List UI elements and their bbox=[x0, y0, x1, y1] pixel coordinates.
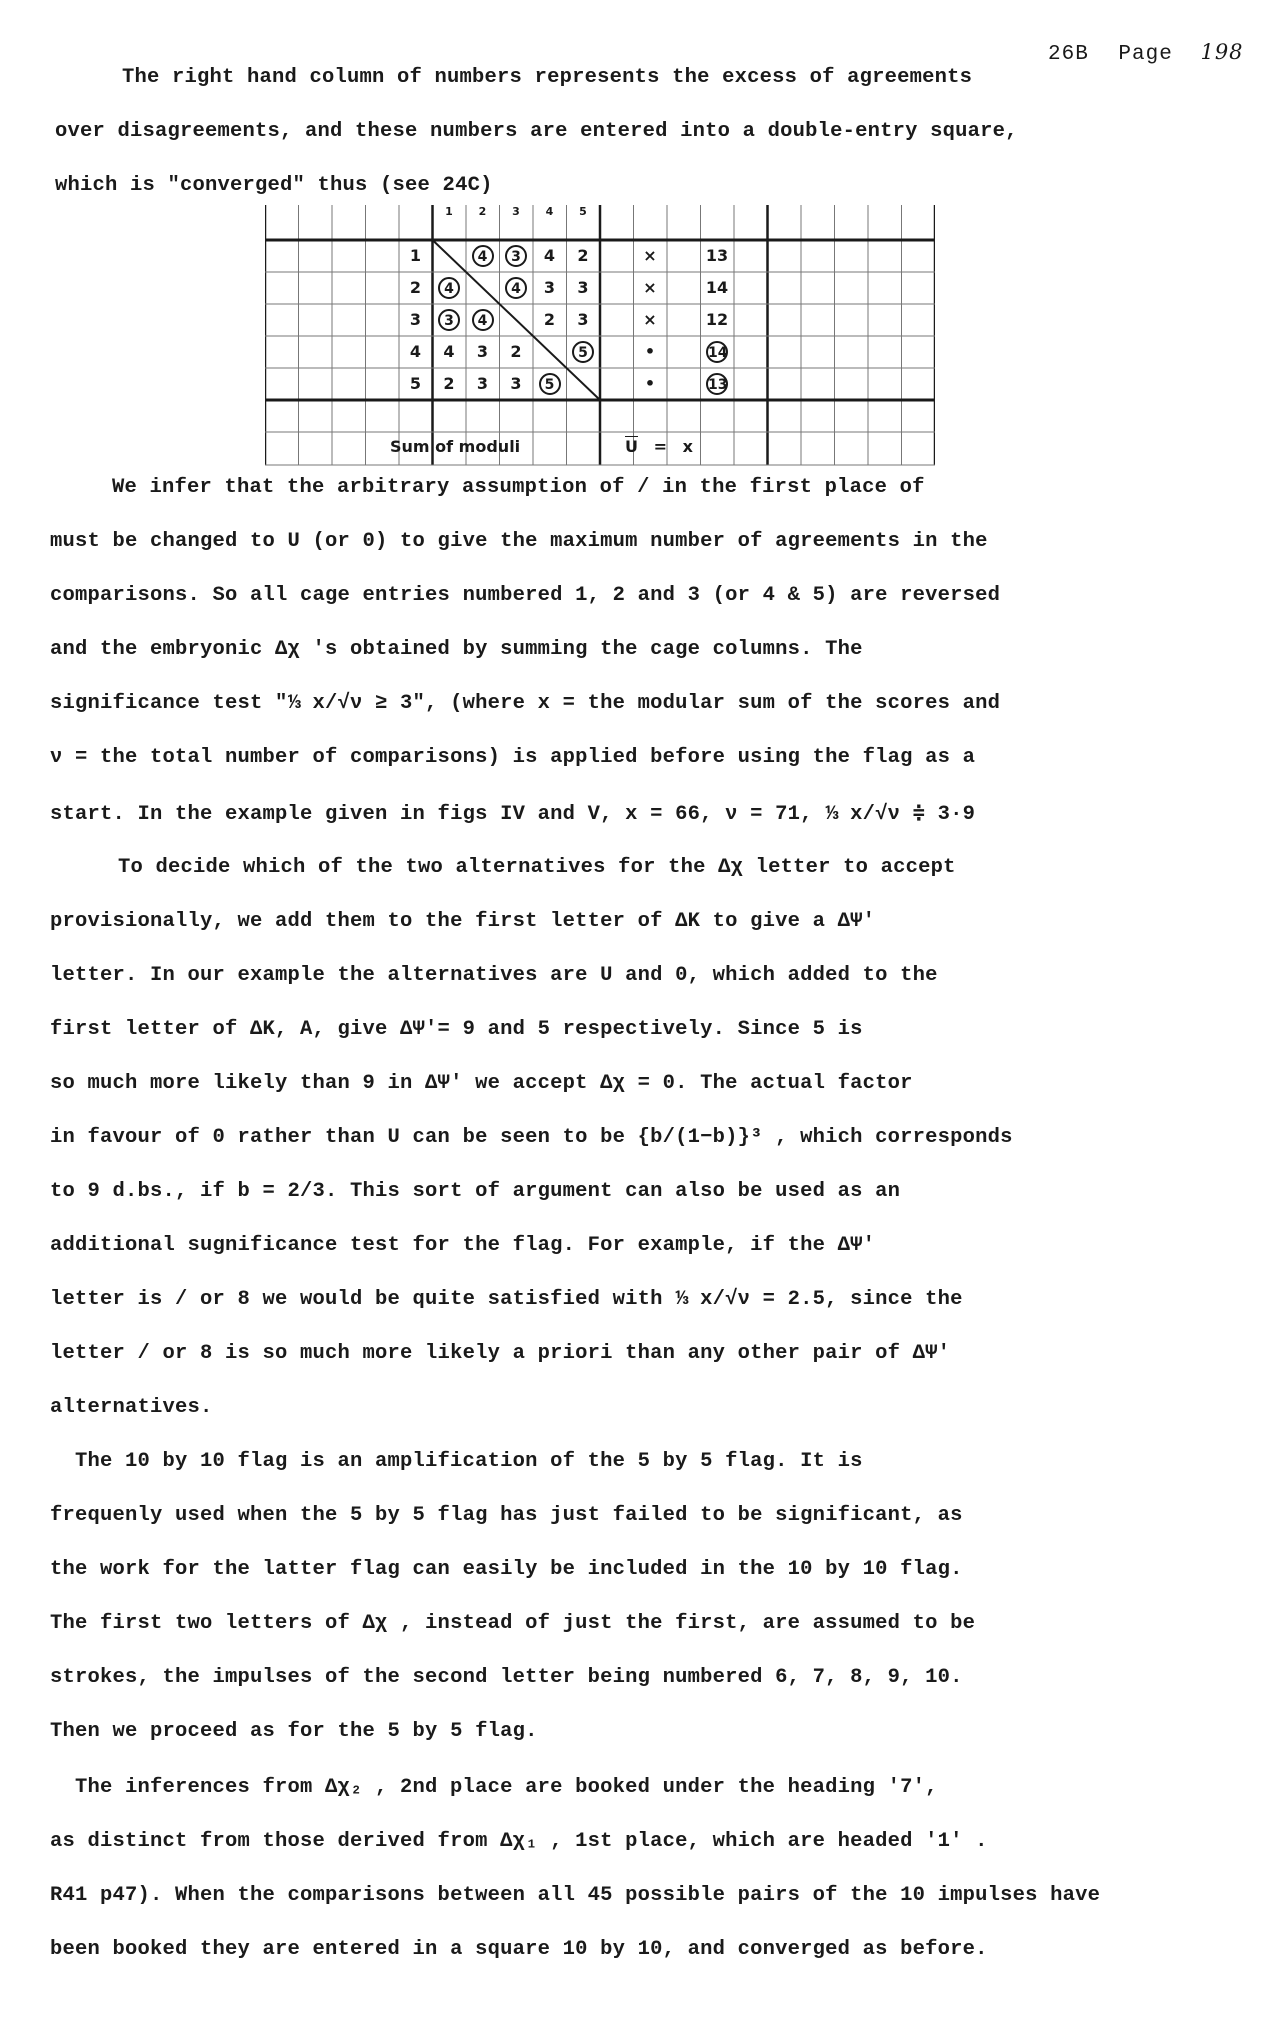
sign-mark: × bbox=[634, 272, 667, 304]
text-line: been booked they are entered in a square… bbox=[50, 1938, 988, 1961]
circled-value: 4 bbox=[472, 245, 494, 267]
text-line: to 9 d.bs., if b = 2/3. This sort of arg… bbox=[50, 1180, 900, 1203]
text-line: as distinct from those derived from Δχ₁ … bbox=[50, 1830, 988, 1853]
circled-value: 4 bbox=[472, 309, 494, 331]
sign-mark: × bbox=[634, 304, 667, 336]
page-header: 26B Page 198 bbox=[1048, 40, 1244, 66]
column-header: 5 bbox=[567, 205, 600, 218]
square-cell: 2 bbox=[433, 368, 466, 400]
column-header: 2 bbox=[466, 205, 499, 218]
formula-rhs: x bbox=[683, 437, 693, 456]
text-line: comparisons. So all cage entries numbere… bbox=[50, 584, 1000, 607]
text-line: the work for the latter flag can easily … bbox=[50, 1558, 963, 1581]
square-cell: 3 bbox=[500, 368, 533, 400]
row-label: 3 bbox=[399, 304, 432, 336]
circled-value: 3 bbox=[505, 245, 527, 267]
text-line: and the embryonic Δχ 's obtained by summ… bbox=[50, 638, 863, 661]
text-line: R41 p47). When the comparisons between a… bbox=[50, 1884, 1100, 1907]
sign-mark: • bbox=[634, 368, 667, 400]
row-label: 5 bbox=[399, 368, 432, 400]
square-cell: 4 bbox=[466, 240, 499, 272]
square-cell: 3 bbox=[433, 304, 466, 336]
text-line: We infer that the arbitrary assumption o… bbox=[112, 476, 925, 499]
text-line: frequenly used when the 5 by 5 flag has … bbox=[50, 1504, 963, 1527]
circled-value: 4 bbox=[438, 277, 460, 299]
text-line: letter. In our example the alternatives … bbox=[50, 964, 938, 987]
circled-value: 13 bbox=[706, 373, 728, 395]
text-line: in favour of 0 rather than U can be seen… bbox=[50, 1126, 1013, 1149]
text-line: must be changed to U (or 0) to give the … bbox=[50, 530, 988, 553]
sum-formula: U = x bbox=[625, 437, 693, 456]
text-line: so much more likely than 9 in ΔΨ′ we acc… bbox=[50, 1072, 913, 1095]
graph-paper-grid bbox=[265, 205, 935, 467]
sign-mark: × bbox=[634, 240, 667, 272]
text-line: Then we proceed as for the 5 by 5 flag. bbox=[50, 1720, 538, 1743]
square-cell: 3 bbox=[466, 336, 499, 368]
page-label: Page bbox=[1118, 43, 1172, 66]
text-line: which is "converged" thus (see 24C) bbox=[55, 174, 493, 197]
sign-mark: • bbox=[634, 336, 667, 368]
row-total: 14 bbox=[701, 272, 734, 304]
square-cell: 4 bbox=[433, 272, 466, 304]
column-header: 1 bbox=[433, 205, 466, 218]
formula-lhs: U bbox=[625, 437, 638, 456]
formula-eq: = bbox=[654, 437, 667, 456]
square-cell: 5 bbox=[533, 368, 566, 400]
converged-square-figure: 123451234543424433342343252335×××••13141… bbox=[265, 205, 935, 465]
row-total: 14 bbox=[701, 336, 734, 368]
square-cell: 3 bbox=[533, 272, 566, 304]
square-cell: 3 bbox=[567, 304, 600, 336]
text-line: letter / or 8 is so much more likely a p… bbox=[50, 1342, 950, 1365]
text-line: start. In the example given in figs IV a… bbox=[50, 800, 975, 826]
square-cell: 2 bbox=[567, 240, 600, 272]
square-cell: 3 bbox=[500, 240, 533, 272]
text-line: provisionally, we add them to the first … bbox=[50, 910, 875, 933]
text-line: strokes, the impulses of the second lett… bbox=[50, 1666, 963, 1689]
square-cell: 4 bbox=[533, 240, 566, 272]
sum-of-moduli-label: Sum of moduli bbox=[390, 437, 520, 456]
page-reference: 26B bbox=[1048, 43, 1089, 66]
row-label: 2 bbox=[399, 272, 432, 304]
square-cell: 4 bbox=[500, 272, 533, 304]
circled-value: 14 bbox=[706, 341, 728, 363]
square-cell: 4 bbox=[466, 304, 499, 336]
text-line: To decide which of the two alternatives … bbox=[118, 856, 956, 879]
square-cell: 2 bbox=[533, 304, 566, 336]
text-line: The inferences from Δχ₂ , 2nd place are … bbox=[75, 1776, 938, 1799]
text-line: over disagreements, and these numbers ar… bbox=[55, 120, 1018, 143]
text-line: alternatives. bbox=[50, 1396, 213, 1419]
row-label: 4 bbox=[399, 336, 432, 368]
square-cell: 2 bbox=[500, 336, 533, 368]
text-line: ν = the total number of comparisons) is … bbox=[50, 746, 975, 769]
text-line: The 10 by 10 flag is an amplification of… bbox=[75, 1450, 863, 1473]
text-line: first letter of ΔK, A, give ΔΨ′= 9 and 5… bbox=[50, 1018, 863, 1041]
row-label: 1 bbox=[399, 240, 432, 272]
column-header: 4 bbox=[533, 205, 566, 218]
square-cell: 4 bbox=[433, 336, 466, 368]
text-line: letter is / or 8 we would be quite satis… bbox=[50, 1288, 963, 1311]
row-total: 12 bbox=[701, 304, 734, 336]
square-cell: 5 bbox=[567, 336, 600, 368]
text-line: additional sugnificance test for the fla… bbox=[50, 1234, 875, 1257]
text-line: The right hand column of numbers represe… bbox=[122, 66, 972, 89]
square-cell: 3 bbox=[567, 272, 600, 304]
circled-value: 5 bbox=[572, 341, 594, 363]
circled-value: 4 bbox=[505, 277, 527, 299]
text-line: significance test "⅓ x/√ν ≥ 3", (where x… bbox=[50, 692, 1000, 715]
row-total: 13 bbox=[701, 368, 734, 400]
column-header: 3 bbox=[500, 205, 533, 218]
circled-value: 3 bbox=[438, 309, 460, 331]
text-line: The first two letters of Δχ , instead of… bbox=[50, 1612, 975, 1635]
square-cell: 3 bbox=[466, 368, 499, 400]
row-total: 13 bbox=[701, 240, 734, 272]
circled-value: 5 bbox=[539, 373, 561, 395]
page-number: 198 bbox=[1200, 40, 1243, 64]
